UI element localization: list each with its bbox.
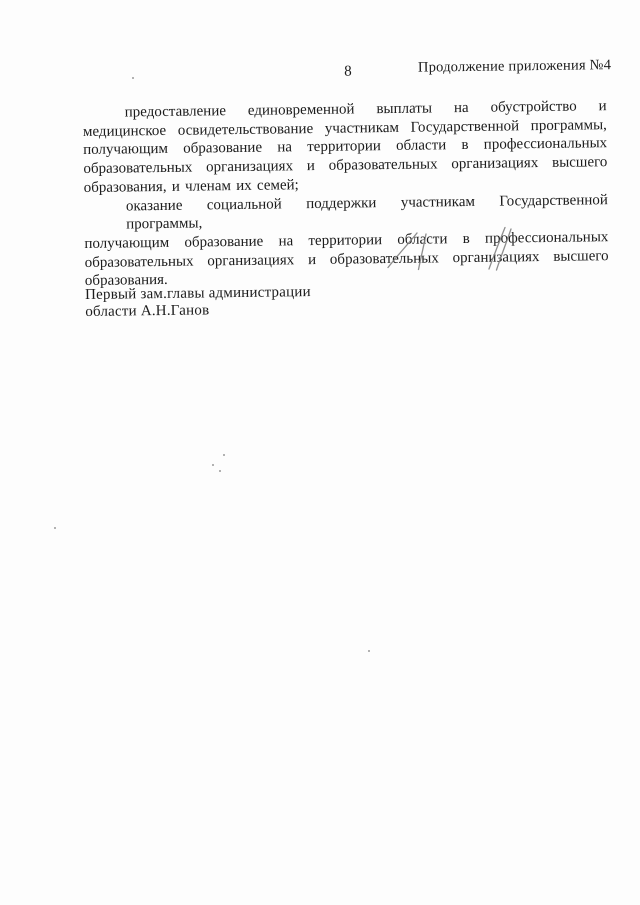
header-continuation: Продолжение приложения №4 xyxy=(418,57,611,77)
scan-speck xyxy=(219,470,221,472)
scan-speck xyxy=(212,464,214,466)
signature-name: области А.Н.Ганов xyxy=(85,301,311,321)
signature-block: Первый зам.главы администрации области А… xyxy=(85,284,311,321)
scan-speck xyxy=(54,527,56,529)
page-content: 8 Продолжение приложения №4 предоставлен… xyxy=(0,0,640,905)
scan-speck xyxy=(132,77,134,79)
body-text: предоставление единовременной выплаты на… xyxy=(83,97,609,291)
signature-title: Первый зам.главы администрации xyxy=(85,284,311,304)
document-page: 8 Продолжение приложения №4 предоставлен… xyxy=(0,0,640,905)
scan-speck xyxy=(368,650,370,652)
scan-speck xyxy=(223,454,225,456)
page-number: 8 xyxy=(344,63,352,80)
